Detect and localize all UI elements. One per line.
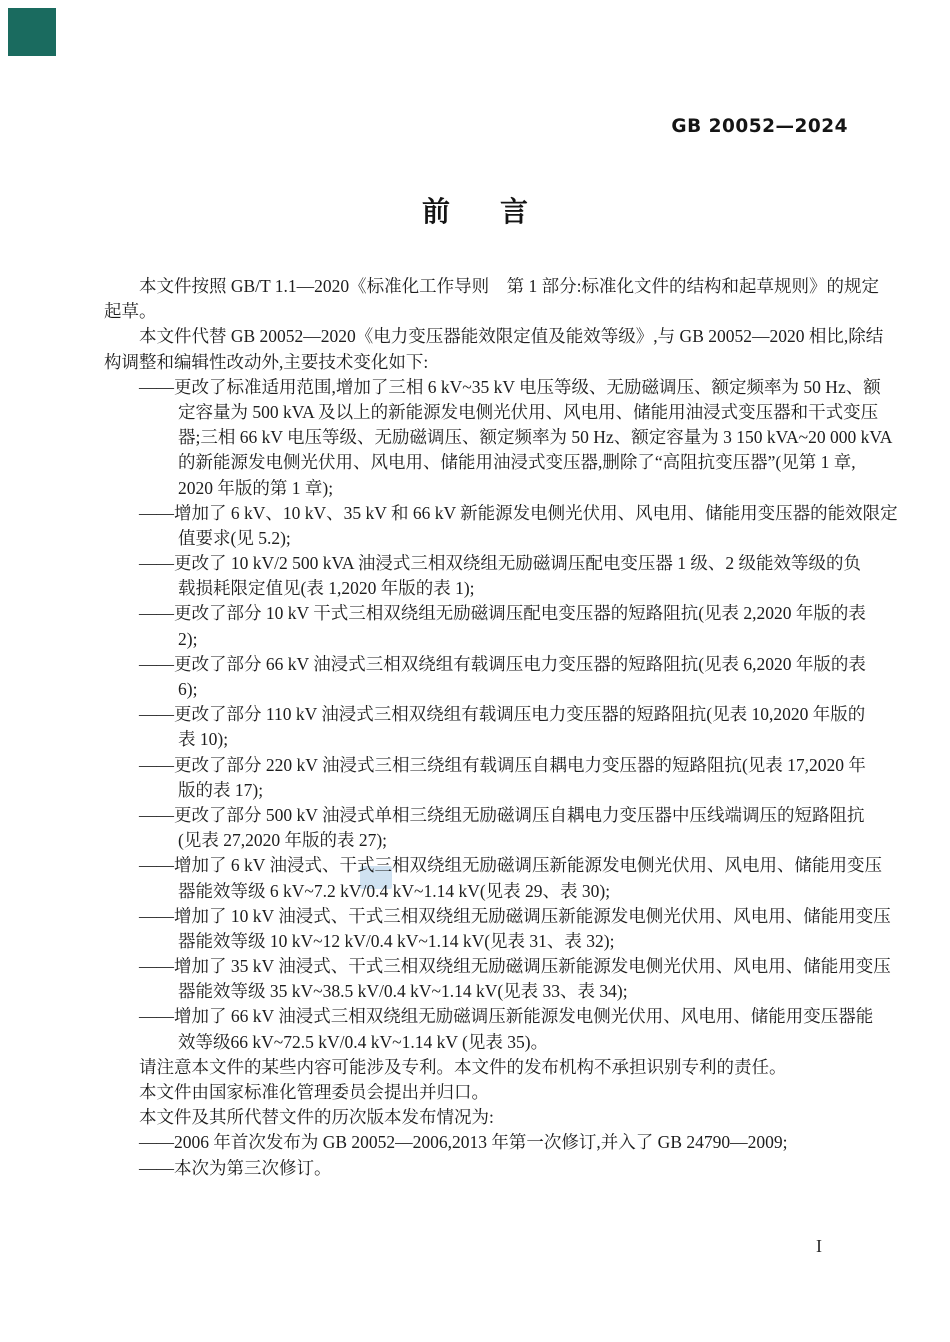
text-line: 定容量为 500 kVA 及以上的新能源发电侧光伏用、风电用、储能用油浸式变压器… xyxy=(104,400,849,425)
text-line: ——更改了部分 10 kV 干式三相双绕组无励磁调压配电变压器的短路阻抗(见表 … xyxy=(104,601,849,626)
page-title-char-right: 言 xyxy=(500,190,528,230)
text-line: ——增加了 6 kV、10 kV、35 kV 和 66 kV 新能源发电侧光伏用… xyxy=(104,501,849,526)
text-line: ——更改了标准适用范围,增加了三相 6 kV~35 kV 电压等级、无励磁调压、… xyxy=(104,375,849,400)
page-title-char-left: 前 xyxy=(422,190,450,230)
text-line: ——增加了 10 kV 油浸式、干式三相双绕组无励磁调压新能源发电侧光伏用、风电… xyxy=(104,904,849,929)
text-line: 器能效等级 6 kV~7.2 kV/0.4 kV~1.14 kV(见表 29、表… xyxy=(104,879,849,904)
text-line: 2); xyxy=(104,627,849,652)
text-line: ——更改了 10 kV/2 500 kVA 油浸式三相双绕组无励磁调压配电变压器… xyxy=(104,551,849,576)
text-line: ——增加了 6 kV 油浸式、干式三相双绕组无励磁调压新能源发电侧光伏用、风电用… xyxy=(104,853,849,878)
text-line: 本文件代替 GB 20052—2020《电力变压器能效限定值及能效等级》,与 G… xyxy=(104,324,849,349)
text-line: 本文件及其所代替文件的历次版本发布情况为: xyxy=(104,1105,849,1130)
text-line: ——增加了 35 kV 油浸式、干式三相双绕组无励磁调压新能源发电侧光伏用、风电… xyxy=(104,954,849,979)
text-line: 本文件按照 GB/T 1.1—2020《标准化工作导则 第 1 部分:标准化文件… xyxy=(104,274,849,299)
text-line: 器能效等级 35 kV~38.5 kV/0.4 kV~1.14 kV(见表 33… xyxy=(104,979,849,1004)
text-line: ——2006 年首次发布为 GB 20052—2006,2013 年第一次修订,… xyxy=(104,1130,849,1155)
text-line: 效等级66 kV~72.5 kV/0.4 kV~1.14 kV (见表 35)。 xyxy=(104,1030,849,1055)
text-line: ——本次为第三次修订。 xyxy=(104,1156,849,1181)
standard-code: GB 20052—2024 xyxy=(0,116,848,137)
text-line: 起草。 xyxy=(104,299,849,324)
text-line: ——更改了部分 500 kV 油浸式单相三绕组无励磁调压自耦电力变压器中压线端调… xyxy=(104,803,849,828)
text-line: ——更改了部分 110 kV 油浸式三相双绕组有载调压电力变压器的短路阻抗(见表… xyxy=(104,702,849,727)
text-line: 的新能源发电侧光伏用、风电用、储能用油浸式变压器,删除了“高阻抗变压器”(见第 … xyxy=(104,450,849,475)
foreword-body: 本文件按照 GB/T 1.1—2020《标准化工作导则 第 1 部分:标准化文件… xyxy=(104,274,849,1181)
text-line: 表 10); xyxy=(104,727,849,752)
text-line: 器能效等级 10 kV~12 kV/0.4 kV~1.14 kV(见表 31、表… xyxy=(104,929,849,954)
page-number: I xyxy=(816,1236,822,1257)
text-line: 请注意本文件的某些内容可能涉及专利。本文件的发布机构不承担识别专利的责任。 xyxy=(104,1055,849,1080)
text-line: 载损耗限定值见(表 1,2020 年版的表 1); xyxy=(104,576,849,601)
document-page: GB 20052—2024 前 言 本文件按照 GB/T 1.1—2020《标准… xyxy=(0,0,950,1342)
text-line: ——增加了 66 kV 油浸式三相双绕组无励磁调压新能源发电侧光伏用、风电用、储… xyxy=(104,1004,849,1029)
text-line: ——更改了部分 220 kV 油浸式三相三绕组有载调压自耦电力变压器的短路阻抗(… xyxy=(104,753,849,778)
page-title: 前 言 xyxy=(0,190,950,230)
text-line: 6); xyxy=(104,677,849,702)
text-line: 值要求(见 5.2); xyxy=(104,526,849,551)
teal-corner-marker xyxy=(8,8,56,56)
text-line: (见表 27,2020 年版的表 27); xyxy=(104,828,849,853)
text-line: 构调整和编辑性改动外,主要技术变化如下: xyxy=(104,350,849,375)
text-line: ——更改了部分 66 kV 油浸式三相双绕组有载调压电力变压器的短路阻抗(见表 … xyxy=(104,652,849,677)
text-line: 本文件由国家标准化管理委员会提出并归口。 xyxy=(104,1080,849,1105)
text-line: 版的表 17); xyxy=(104,778,849,803)
text-line: 2020 年版的第 1 章); xyxy=(104,476,849,501)
text-line: 器;三相 66 kV 电压等级、无励磁调压、额定频率为 50 Hz、额定容量为 … xyxy=(104,425,849,450)
